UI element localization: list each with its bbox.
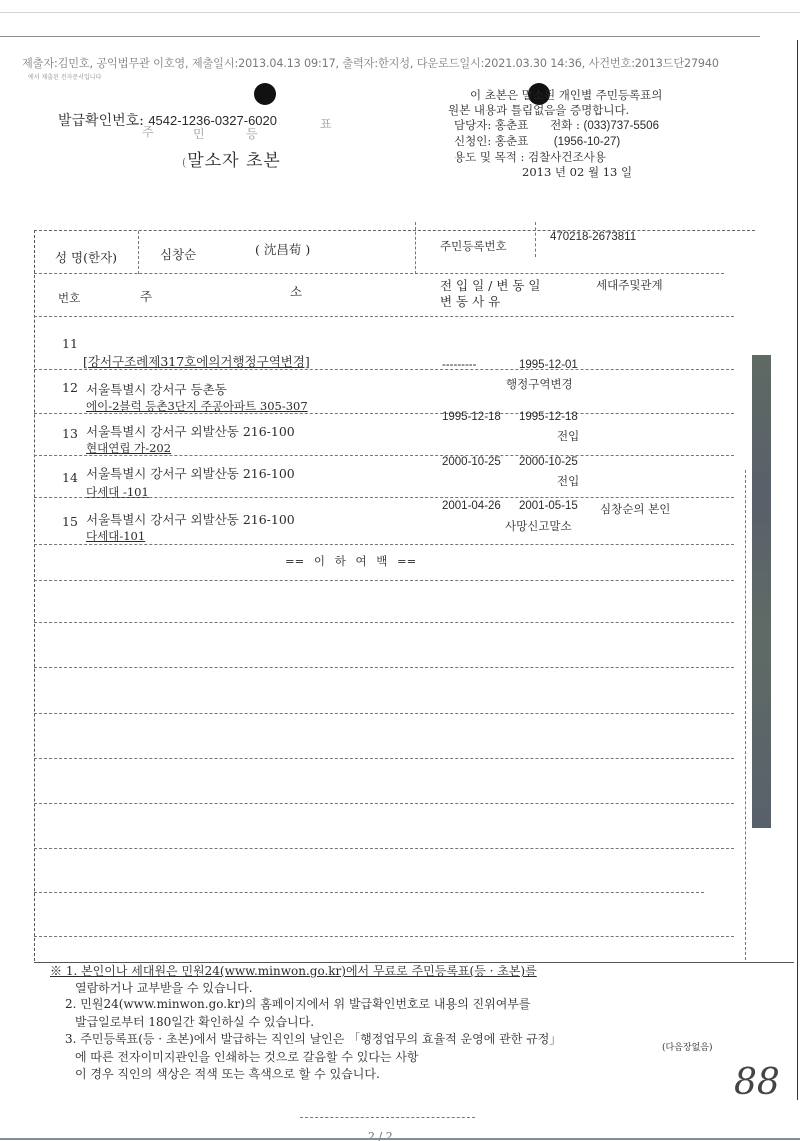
name-label: 성 명(한자) [55,248,117,266]
col-address-2: 소 [290,282,302,300]
faint-title-char: 등 [246,125,258,142]
record-no: 11 [62,336,78,351]
record-address: 서울특별시 강서구 외발산동 216-100 [86,422,295,440]
record-address2: 에이-2블럭 등촌3단지 주공아파트 305-307 [86,398,308,414]
row-divider [34,544,734,545]
faint-title-char: 표 [320,115,332,132]
row-divider [34,369,734,370]
note-3a: 3. 주민등록표(등 · 초본)에서 발급하는 직인의 날인은 「행정업무의 효… [65,1030,561,1047]
cert-date: 2013 년 02 월 13 일 [448,165,662,180]
record-reason: 전입 [557,473,579,489]
record-change-date: 1995-12-18 [519,411,578,423]
row-divider [34,580,734,581]
row-divider [34,936,734,937]
note-2b: 발급일로부터 180일간 확인하실 수 있습니다. [75,1013,314,1030]
record-move-in: 2001-04-26 [442,500,501,512]
record-address: 서울특별시 강서구 외발산동 216-100 [86,510,295,528]
row-divider [34,803,734,804]
record-no: 13 [62,426,78,441]
record-move-in: 2000-10-25 [442,456,501,468]
row-divider [34,497,734,498]
end-of-records-marker: == 이 하 여 백 == [285,553,416,569]
row-divider [34,892,704,893]
divider [535,222,536,257]
rrn-label: 주민등록번호 [440,238,507,254]
divider [138,231,139,274]
document-title: (말소자 초본 [182,146,281,171]
col-reason: 변 동 사 유 [440,292,500,310]
record-move-in: --------- [442,359,476,371]
record-no: 12 [62,380,78,395]
record-relation: 심창순의 본인 [600,501,670,517]
note-1a: ※ 1. 본인이나 세대원은 민원24(www.minwon.go.kr)에서 … [50,962,537,979]
record-address: 서울특별시 강서구 등촌동 [86,380,227,398]
record-reason: 전입 [557,428,579,444]
record-no: 15 [62,514,78,529]
record-address: 서울특별시 강서구 외발산동 216-100 [86,464,295,482]
cert-line2: 원본 내용과 틀림없음을 증명합니다. [448,103,662,118]
note-3c: 이 경우 직인의 색상은 적색 또는 흑색으로 할 수 있습니다. [75,1065,380,1082]
cert-applicant: 신청인: 홍춘표 (1956-10-27) [448,134,662,150]
row-divider [34,622,734,623]
scan-side-bar [752,355,771,828]
record-table [34,230,755,961]
record-change-date: 2001-05-15 [519,500,578,512]
row-divider [34,667,734,668]
note-2a: 2. 민원24(www.minwon.go.kr)의 홈페이지에서 위 발급확인… [65,995,530,1012]
bottom-dashed-rule [300,1117,475,1118]
rrn-value: 470218-2673811 [550,231,636,243]
row-divider [34,848,734,849]
col-no: 번호 [58,290,80,306]
record-reason: 행정구역변경 [506,376,573,392]
row-divider [34,455,734,456]
record-change-date: 2000-10-25 [519,456,578,468]
row-divider [34,758,734,759]
divider [415,222,416,274]
person-name: 심창순 [160,245,196,263]
submission-watermark: 제출자:김민호, 공익법무관 이호영, 제출일시:2013.04.13 09:1… [22,55,719,71]
divider [745,470,746,960]
record-change-date: 1995-12-01 [519,359,578,371]
record-move-in: 1995-12-18 [442,411,501,423]
cert-line1: 이 초본은 말소된 개인별 주민등록표의 [448,88,662,103]
note-1b: 열람하거나 교부받을 수 있습니다. [75,979,253,996]
record-reason: 사망신고말소 [505,518,572,534]
row-divider [34,713,734,714]
punch-hole-left [254,83,276,105]
person-name-hanja: ( 沈昌荀 ) [255,240,310,258]
cert-purpose: 용도 및 목적 : 검찰사건조사용 [448,150,662,165]
cert-clerk: 담당자: 홍춘표 전화 : (033)737-5506 [448,118,662,134]
top-rule-dark [0,36,760,37]
issue-number: 4542-1236-0327-6020 [148,113,277,128]
record-address2: [강서구조례제317호에의거행정구역변경] [83,352,310,370]
certification-block: 이 초본은 말소된 개인별 주민등록표의 원본 내용과 틀림없음을 증명합니다.… [448,88,662,180]
col-address-1: 주 [140,287,152,305]
bottom-rule [0,1138,800,1140]
next-page-indicator: (다음장없음) [662,1040,713,1053]
issue-label: 발급확인번호: [58,113,144,129]
row-divider [34,273,724,274]
col-relation: 세대주및관계 [596,277,663,293]
note-3b: 에 따른 전자이미지관인을 인쇄하는 것으로 갈음할 수 있다는 사항 [75,1048,419,1065]
right-margin-rule [797,40,798,1100]
top-rule [0,12,800,13]
record-address2: 다세대-101 [86,528,145,544]
row-divider [34,316,734,317]
faint-title-char: 주 [142,123,154,140]
watermark-subtext: 에서 제출된 전자문서입니다 [28,72,101,81]
faint-title-char: 민 [193,125,205,142]
row-divider [34,413,734,414]
issue-confirmation: 발급확인번호: 4542-1236-0327-6020 [58,110,277,130]
handwritten-page-number: 88 [734,1062,780,1103]
record-address2: 현대연립 가-202 [86,440,171,456]
record-no: 14 [62,470,78,485]
